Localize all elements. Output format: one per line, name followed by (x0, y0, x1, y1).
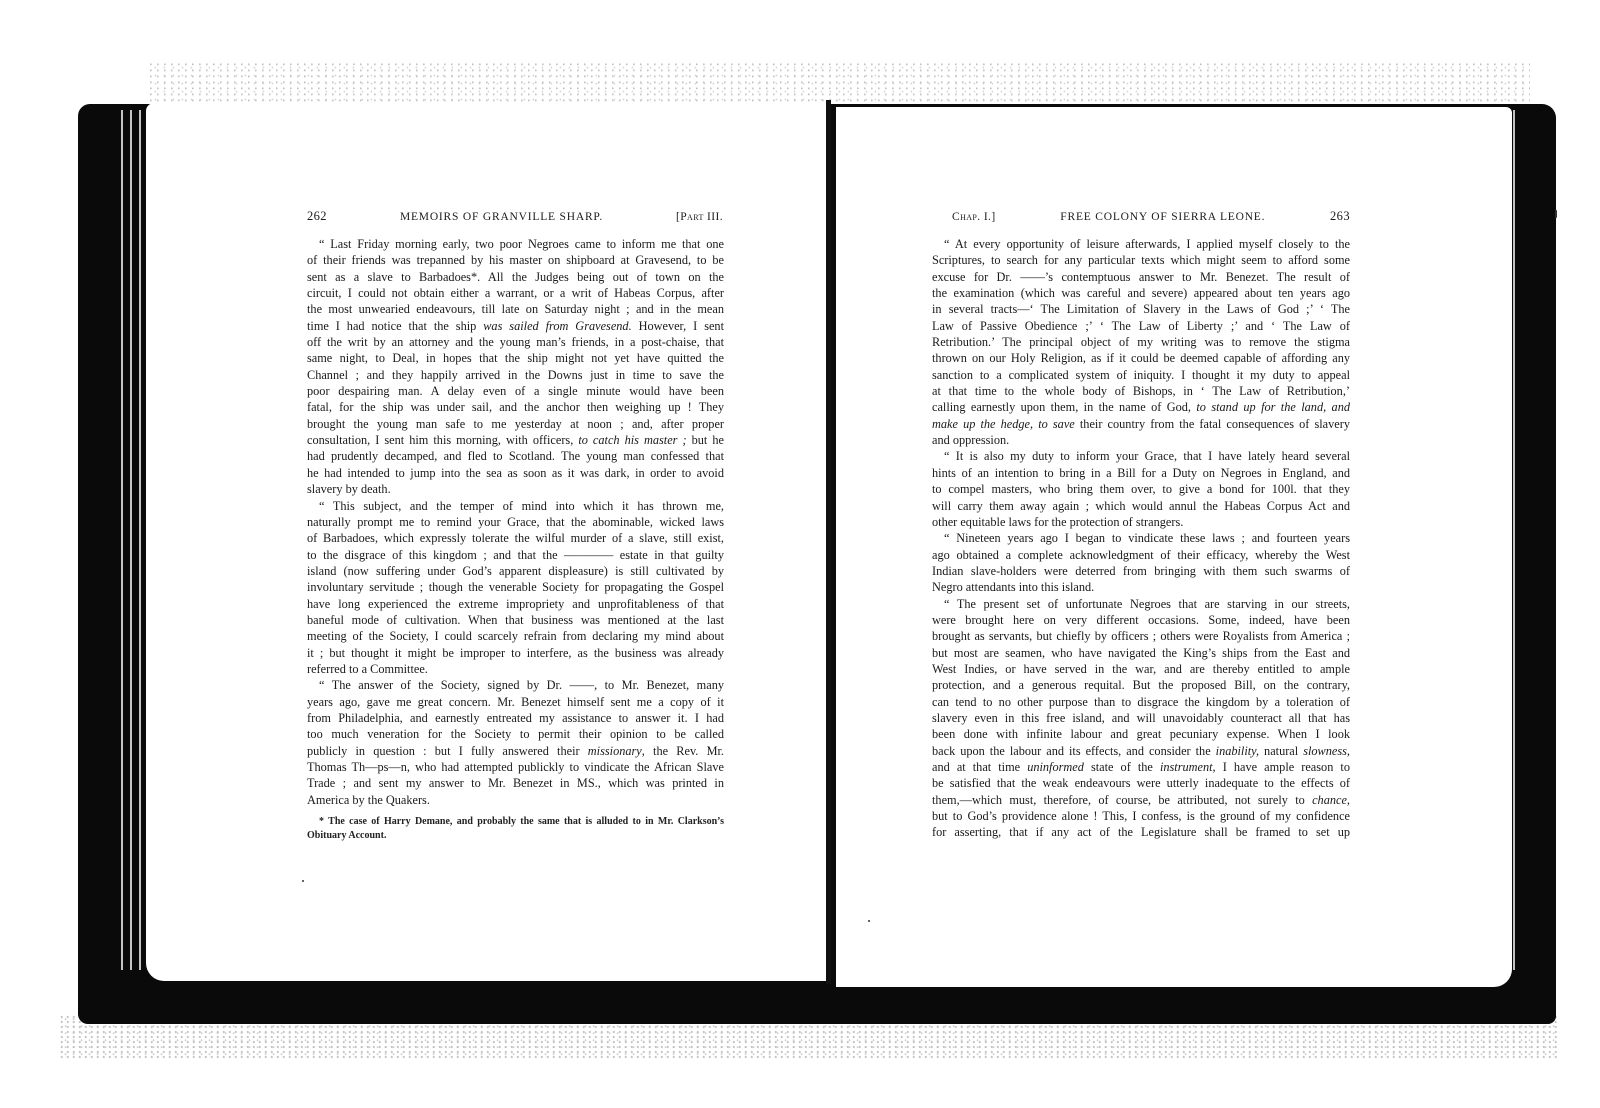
text-line: sent as a slave to Barbadoes*. All the J… (307, 269, 724, 285)
page-number-right: 263 (1330, 209, 1350, 224)
text-line: and oppression. (932, 432, 1350, 448)
paragraph: “ It is also my duty to inform your Grac… (932, 448, 1350, 530)
text-line: back upon the labour and its effects, an… (932, 743, 1350, 759)
text-line: Indian slave-holders were deterred from … (932, 563, 1350, 579)
text-line: West Indies, or have served in the war, … (932, 661, 1350, 677)
left-page-body: “ Last Friday morning early, two poor Ne… (307, 236, 724, 808)
text-line: of their friends was trepanned by his ma… (307, 252, 724, 268)
text-line: other equitable laws for the protection … (932, 514, 1350, 530)
text-line: years ago, gave me great concern. Mr. Be… (307, 694, 724, 710)
text-line: were brought here on very different occa… (932, 612, 1350, 628)
text-line: off the writ by an attorney and the youn… (307, 334, 724, 350)
text-line: fatal, for the ship was under sail, and … (307, 399, 724, 415)
text-line: America by the Quakers. (307, 792, 724, 808)
text-line: thrown on our Holy Religion, as if it co… (932, 350, 1350, 366)
chapter-label: Chap. I.] (952, 211, 996, 223)
text-line: “ This subject, and the temper of mind i… (307, 498, 724, 514)
text-line: Scriptures, to search for any particular… (932, 252, 1350, 268)
text-line: poor despairing man. A delay even of a s… (307, 383, 724, 399)
text-line: them,—which must, therefore, of course, … (932, 792, 1350, 808)
text-line: Thomas Th—ps—n, who had attempted public… (307, 759, 724, 775)
text-line: but to God’s providence alone ! This, I … (932, 808, 1350, 824)
text-line: and at that time uninformed state of the… (932, 759, 1350, 775)
text-line: slavery even in this free island, and wi… (932, 710, 1350, 726)
text-line: have long experienced the extreme improp… (307, 596, 724, 612)
text-line: be satisfied that the weak endeavours we… (932, 775, 1350, 791)
scan-speck (1555, 210, 1557, 218)
text-line: naturally prompt me to remind your Grace… (307, 514, 724, 530)
paragraph: “ Nineteen years ago I began to vindicat… (932, 530, 1350, 595)
right-page-body: “ At every opportunity of leisure afterw… (932, 236, 1350, 841)
scan-top-background (150, 62, 1530, 107)
text-line: hints of an intention to bring in a Bill… (932, 465, 1350, 481)
text-line: “ The present set of unfortunate Negroes… (932, 596, 1350, 612)
text-line: will carry them away again ; which would… (932, 498, 1350, 514)
paragraph: “ This subject, and the temper of mind i… (307, 498, 724, 678)
text-line: Trade ; and sent my answer to Mr. Beneze… (307, 775, 724, 791)
text-line: ago obtained a complete acknowledgment o… (932, 547, 1350, 563)
footnote-line: * The case of Harry Demane, and probably… (307, 815, 724, 829)
text-line: island (now suffering under God’s appare… (307, 563, 724, 579)
text-line: the most unwearied endeavours, till late… (307, 301, 724, 317)
text-line: referred to a Committee. (307, 661, 724, 677)
text-line: Law of Passive Obedience ;’ ‘ The Law of… (932, 318, 1350, 334)
text-line: the examination (which was careful and s… (932, 285, 1350, 301)
paragraph: “ At every opportunity of leisure afterw… (932, 236, 1350, 448)
text-line: for asserting, that if any act of the Le… (932, 824, 1350, 840)
text-line: been done with infinite labour and great… (932, 726, 1350, 742)
text-line: he had intended to jump into the sea as … (307, 465, 724, 481)
part-label: [Part III. (676, 211, 723, 223)
text-line: circuit, I could not obtain either a war… (307, 285, 724, 301)
text-line: of Barbadoes, which expressly tolerate t… (307, 530, 724, 546)
text-line: “ The answer of the Society, signed by D… (307, 677, 724, 693)
text-line: but most are seamen, who have navigated … (932, 645, 1350, 661)
footnote: * The case of Harry Demane, and probably… (307, 815, 724, 842)
text-line: baneful mode of cultivation. When that b… (307, 612, 724, 628)
scan-speck (302, 880, 304, 882)
text-line: Negro attendants into this island. (932, 579, 1350, 595)
paragraph: “ Last Friday morning early, two poor Ne… (307, 236, 724, 498)
text-line: same night, to Deal, in hopes that the s… (307, 350, 724, 366)
text-line: make up the hedge, to save their country… (932, 416, 1350, 432)
text-line: at that time to the whole body of Bishop… (932, 383, 1350, 399)
text-line: protection, and a generous requital. But… (932, 677, 1350, 693)
text-line: “ It is also my duty to inform your Grac… (932, 448, 1350, 464)
right-running-head: Chap. I.] FREE COLONY OF SIERRA LEONE. 2… (952, 209, 1350, 224)
text-line: Channel ; and they happily arrived in th… (307, 367, 724, 383)
scan-speck (868, 920, 870, 922)
page-number-left: 262 (307, 209, 327, 224)
text-line: from Philadelphia, and earnestly entreat… (307, 710, 724, 726)
running-title-left: MEMOIRS OF GRANVILLE SHARP. (400, 211, 603, 223)
text-line: involuntary servitude ; though the vener… (307, 579, 724, 595)
paragraph: “ The answer of the Society, signed by D… (307, 677, 724, 808)
text-line: brought as servants, but chiefly by offi… (932, 628, 1350, 644)
text-line: sanction to a complicated system of iniq… (932, 367, 1350, 383)
text-line: had prudently decamped, and fled to Scot… (307, 448, 724, 464)
text-line: “ At every opportunity of leisure afterw… (932, 236, 1350, 252)
text-line: it ; but thought it might be improper to… (307, 645, 724, 661)
text-line: to compel masters, who bring them over, … (932, 481, 1350, 497)
text-line: consultation, I sent him this morning, w… (307, 432, 724, 448)
text-line: “ Nineteen years ago I began to vindicat… (932, 530, 1350, 546)
book-gutter (826, 100, 831, 984)
running-title-right: FREE COLONY OF SIERRA LEONE. (1060, 211, 1265, 223)
left-running-head: 262 MEMOIRS OF GRANVILLE SHARP. [Part II… (307, 209, 723, 224)
text-line: brought the young man safe to me yesterd… (307, 416, 724, 432)
text-line: in several tracts—‘ The Limitation of Sl… (932, 301, 1350, 317)
text-line: “ Last Friday morning early, two poor Ne… (307, 236, 724, 252)
text-line: calling earnestly upon them, in the name… (932, 399, 1350, 415)
left-page-edges (118, 110, 148, 970)
footnote-line: Obituary Account. (307, 829, 724, 843)
paragraph: “ The present set of unfortunate Negroes… (932, 596, 1350, 841)
text-line: publicly in question : but I fully answe… (307, 743, 724, 759)
text-line: time I had notice that the ship was sail… (307, 318, 724, 334)
text-line: Retribution.’ The principal object of my… (932, 334, 1350, 350)
text-line: to the disgrace of this kingdom ; and th… (307, 547, 724, 563)
text-line: can tend to no other purpose than to dis… (932, 694, 1350, 710)
text-line: slavery by death. (307, 481, 724, 497)
text-line: excuse for Dr. ——’s contemptuous answer … (932, 269, 1350, 285)
text-line: meeting of the Society, I could scarcely… (307, 628, 724, 644)
text-line: too much veneration for the Society to p… (307, 726, 724, 742)
